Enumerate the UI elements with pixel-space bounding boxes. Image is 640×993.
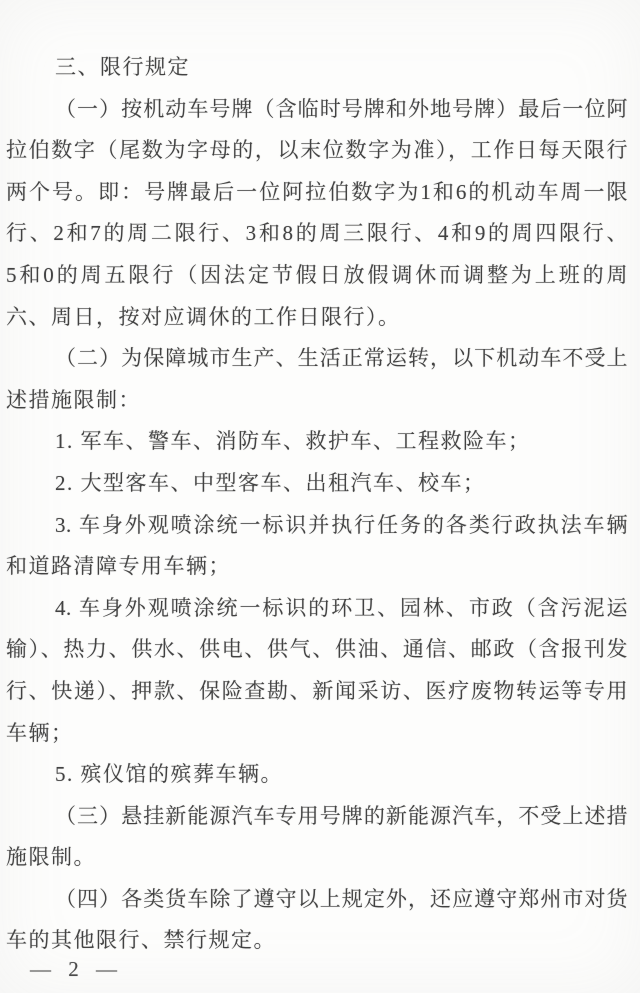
document-line: （四）各类货车除了遵守以上规定外，还应遵守郑州市对货	[6, 879, 628, 921]
document-line: 输）、热力、供水、供电、供气、供油、通信、邮政（含报刊发	[6, 629, 628, 671]
list-item-3: 3. 车身外观喷涂统一标识并执行任务的各类行政执法车辆	[6, 505, 628, 547]
document-line: 车辆；	[6, 713, 628, 755]
document-line: 六、周日，按对应调休的工作日限行）。	[6, 297, 628, 339]
document-line: 行、2和7的周二限行、3和8的周三限行、4和9的周四限行、	[6, 213, 628, 255]
document-line: 行、快递）、押款、保险查勘、新闻采访、医疗废物转运等专用	[6, 671, 628, 713]
document-line: 5和0的周五限行（因法定节假日放假调休而调整为上班的周	[6, 255, 628, 297]
section-heading: 三、限行规定	[6, 47, 628, 89]
list-item-4: 4. 车身外观喷涂统一标识的环卫、园林、市政（含污泥运	[6, 588, 628, 630]
document-line: （二）为保障城市生产、生活正常运转，以下机动车不受上	[6, 338, 628, 380]
document-line: 施限制。	[6, 837, 628, 879]
document-line: 拉伯数字（尾数为字母的，以末位数字为准），工作日每天限行	[6, 130, 628, 172]
document-line: 两个号。即：号牌最后一位阿拉伯数字为1和6的机动车周一限	[6, 172, 628, 214]
document-line: 和道路清障专用车辆；	[6, 546, 628, 588]
list-item-1: 1. 军车、警车、消防车、救护车、工程救险车；	[6, 421, 628, 463]
list-item-2: 2. 大型客车、中型客车、出租汽车、校车；	[6, 463, 628, 505]
document-line: （三）悬挂新能源汽车专用号牌的新能源汽车，不受上述措	[6, 796, 628, 838]
document-lines: 三、限行规定（一）按机动车号牌（含临时号牌和外地号牌）最后一位阿拉伯数字（尾数为…	[6, 47, 628, 962]
document-line: （一）按机动车号牌（含临时号牌和外地号牌）最后一位阿	[6, 89, 628, 131]
document-line: 述措施限制：	[6, 380, 628, 422]
list-item-5: 5. 殡仪馆的殡葬车辆。	[6, 754, 628, 796]
page-number: — 2 —	[30, 953, 118, 985]
document-page: 三、限行规定（一）按机动车号牌（含临时号牌和外地号牌）最后一位阿拉伯数字（尾数为…	[0, 0, 640, 993]
